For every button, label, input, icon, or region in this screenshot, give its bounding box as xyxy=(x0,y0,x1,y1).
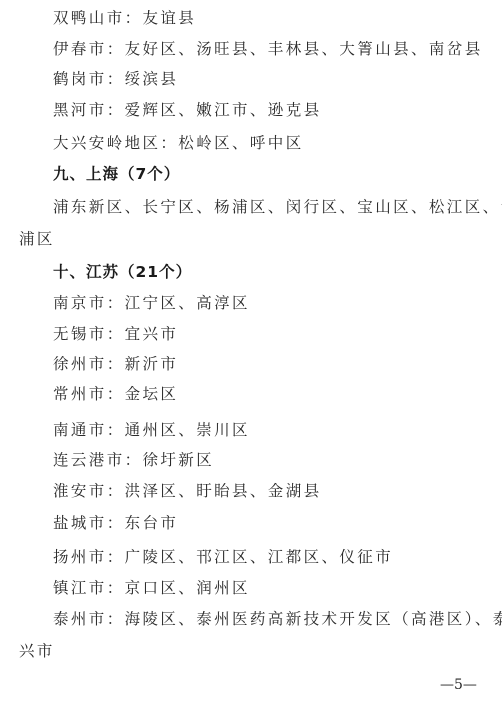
list-item-shanghai-continued: 浦区 xyxy=(19,229,55,249)
section-heading-shanghai: 九、上海（7个） xyxy=(53,164,180,184)
list-item-xuzhou: 徐州市：新沂市 xyxy=(53,354,178,374)
list-item-taizhou: 泰州市：海陵区、泰州医药高新技术开发区（高港区）、泰 xyxy=(53,609,502,629)
section-heading-jiangsu: 十、江苏（21个） xyxy=(53,262,192,282)
list-item-taizhou-continued: 兴市 xyxy=(19,641,55,661)
list-item-lianyungang: 连云港市：徐圩新区 xyxy=(53,450,214,470)
list-item-hegang: 鹤岗市：绥滨县 xyxy=(53,69,178,89)
list-item-yancheng: 盐城市：东台市 xyxy=(53,513,178,533)
document-page: 双鸭山市：友谊县 伊春市：友好区、汤旺县、丰林县、大箐山县、南岔县 鹤岗市：绥滨… xyxy=(0,0,502,701)
list-item-daxinganling: 大兴安岭地区：松岭区、呼中区 xyxy=(53,133,304,153)
list-item-nantong: 南通市：通州区、崇川区 xyxy=(53,420,250,440)
list-item-shanghai: 浦东新区、长宁区、杨浦区、闵行区、宝山区、松江区、青 xyxy=(53,197,502,217)
list-item-changzhou: 常州市：金坛区 xyxy=(53,384,178,404)
list-item-yangzhou: 扬州市：广陵区、邗江区、江都区、仪征市 xyxy=(53,547,393,567)
list-item-zhenjiang: 镇江市：京口区、润州区 xyxy=(53,578,250,598)
page-number: —5— xyxy=(440,677,477,693)
list-item-nanjing: 南京市：江宁区、高淳区 xyxy=(53,293,250,313)
list-item-wuxi: 无锡市：宜兴市 xyxy=(53,324,178,344)
list-item-heihe: 黑河市：爱辉区、嫩江市、逊克县 xyxy=(53,100,322,120)
list-item-yichun: 伊春市：友好区、汤旺县、丰林县、大箐山县、南岔县 xyxy=(53,39,483,59)
list-item-shuangyashan: 双鸭山市：友谊县 xyxy=(53,8,196,28)
list-item-huaian: 淮安市：洪泽区、盱眙县、金湖县 xyxy=(53,481,322,501)
